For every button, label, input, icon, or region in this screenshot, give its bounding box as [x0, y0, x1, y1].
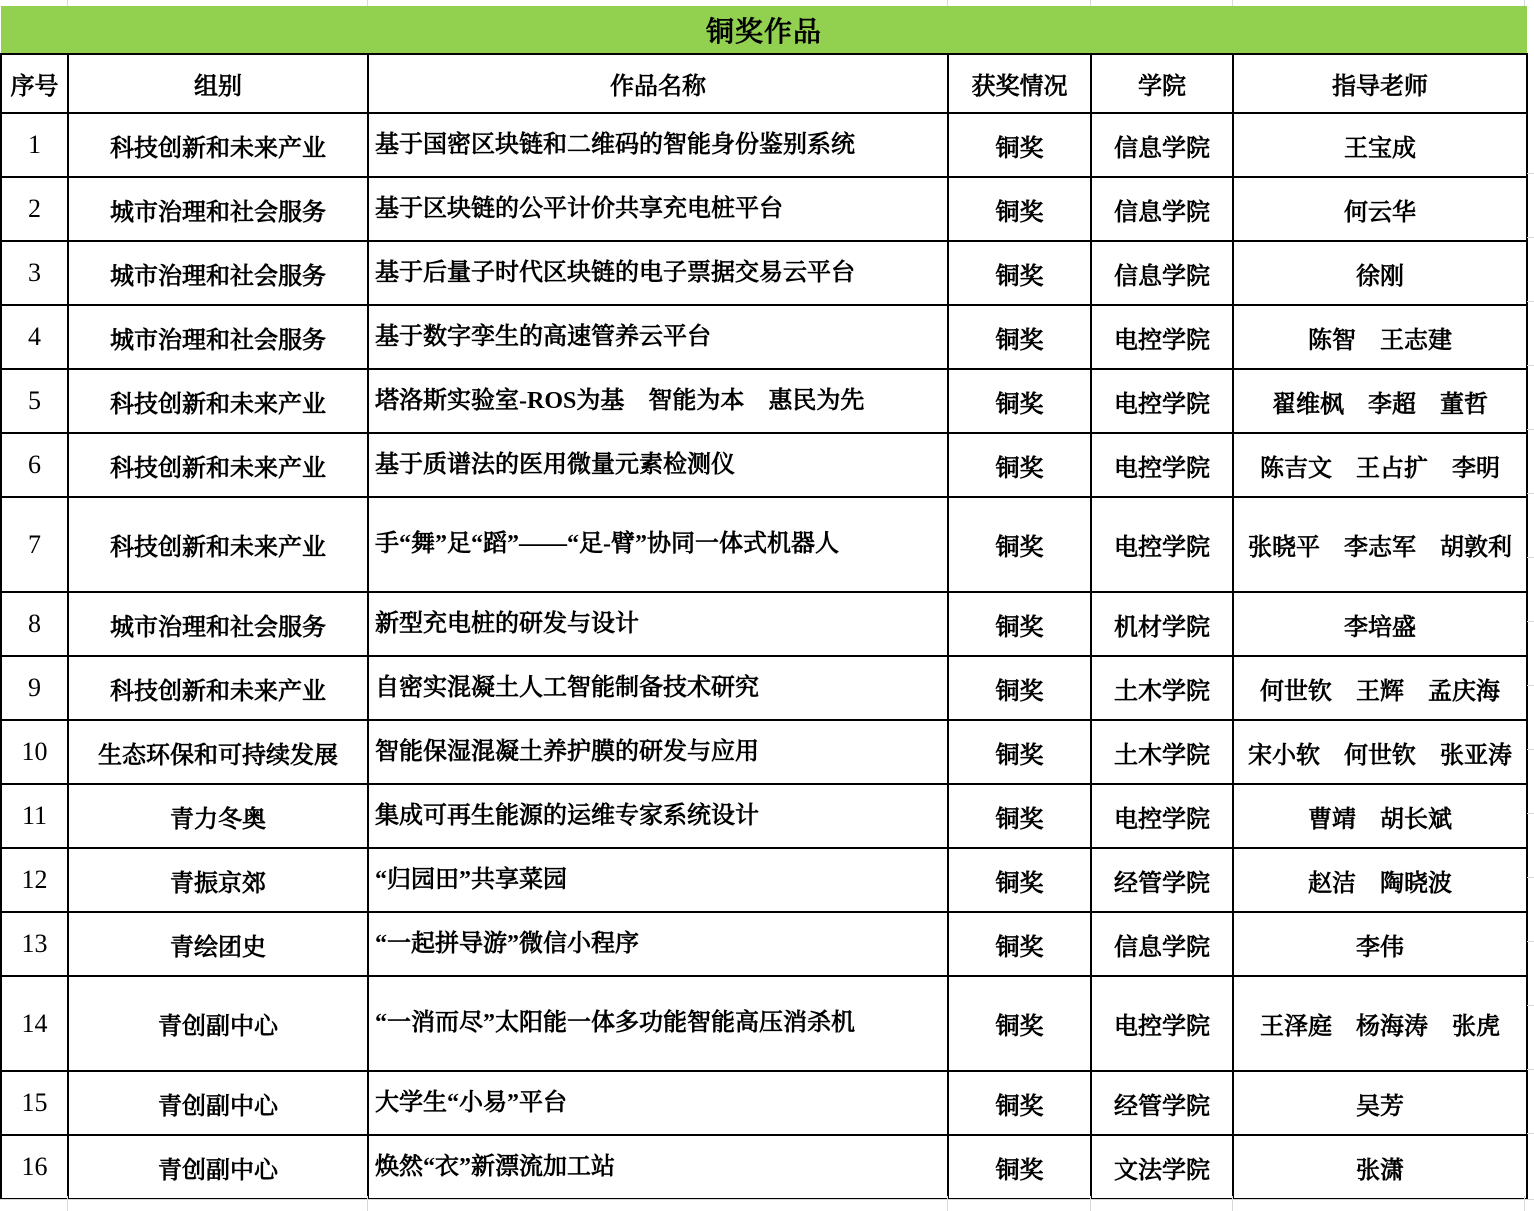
- col-header-college: 学院: [1091, 54, 1233, 113]
- cell-group: 科技创新和未来产业: [68, 656, 368, 720]
- gridline: [67, 0, 68, 6]
- cell-no: 10: [1, 720, 68, 784]
- cell-no: 8: [1, 592, 68, 656]
- cell-college: 信息学院: [1091, 177, 1233, 241]
- gridline: [0, 1199, 1534, 1200]
- table-row: 13 青绘团史 “一起拼导游”微信小程序 铜奖 信息学院 李伟: [1, 912, 1527, 976]
- gridline: [367, 0, 368, 6]
- gridline: [947, 1196, 948, 1211]
- cell-work: 基于数字孪生的高速管养云平台: [368, 305, 948, 369]
- cell-group: 科技创新和未来产业: [68, 113, 368, 177]
- cell-advisor: 曹靖 胡长斌: [1233, 784, 1527, 848]
- cell-no: 6: [1, 433, 68, 497]
- table-row: 9 科技创新和未来产业 自密实混凝土人工智能制备技术研究 铜奖 土木学院 何世钦…: [1, 656, 1527, 720]
- table-row: 4 城市治理和社会服务 基于数字孪生的高速管养云平台 铜奖 电控学院 陈智 王志…: [1, 305, 1527, 369]
- cell-college: 信息学院: [1091, 113, 1233, 177]
- cell-advisor: 张潇: [1233, 1135, 1527, 1199]
- cell-work: 基于质谱法的医用微量元素检测仪: [368, 433, 948, 497]
- table-row: 11 青力冬奥 集成可再生能源的运维专家系统设计 铜奖 电控学院 曹靖 胡长斌: [1, 784, 1527, 848]
- right-margin-strip: [1527, 110, 1534, 1196]
- cell-work: “归园田”共享菜园: [368, 848, 948, 912]
- cell-no: 15: [1, 1071, 68, 1135]
- cell-group: 科技创新和未来产业: [68, 497, 368, 592]
- cell-award: 铜奖: [948, 113, 1091, 177]
- cell-award: 铜奖: [948, 241, 1091, 305]
- cell-award: 铜奖: [948, 497, 1091, 592]
- cell-college: 电控学院: [1091, 497, 1233, 592]
- header-row: 序号 组别 作品名称 获奖情况 学院 指导老师: [1, 54, 1527, 113]
- cell-college: 信息学院: [1091, 241, 1233, 305]
- col-header-group: 组别: [68, 54, 368, 113]
- table-row: 6 科技创新和未来产业 基于质谱法的医用微量元素检测仪 铜奖 电控学院 陈吉文 …: [1, 433, 1527, 497]
- cell-advisor: 何云华: [1233, 177, 1527, 241]
- col-header-award: 获奖情况: [948, 54, 1091, 113]
- cell-award: 铜奖: [948, 912, 1091, 976]
- cell-award: 铜奖: [948, 369, 1091, 433]
- cell-college: 经管学院: [1091, 1071, 1233, 1135]
- cell-advisor: 赵洁 陶晓波: [1233, 848, 1527, 912]
- cell-no: 13: [1, 912, 68, 976]
- table-row: 15 青创副中心 大学生“小易”平台 铜奖 经管学院 吴芳: [1, 1071, 1527, 1135]
- cell-college: 电控学院: [1091, 305, 1233, 369]
- cell-no: 9: [1, 656, 68, 720]
- cell-group: 青创副中心: [68, 1135, 368, 1199]
- gridline: [1090, 0, 1091, 6]
- cell-college: 电控学院: [1091, 784, 1233, 848]
- gridline: [1524, 0, 1525, 6]
- cell-college: 信息学院: [1091, 912, 1233, 976]
- cell-advisor: 王泽庭 杨海涛 张虎: [1233, 976, 1527, 1071]
- cell-no: 4: [1, 305, 68, 369]
- cell-group: 城市治理和社会服务: [68, 305, 368, 369]
- title-row: 铜奖作品: [1, 6, 1527, 54]
- cell-advisor: 吴芳: [1233, 1071, 1527, 1135]
- table-title: 铜奖作品: [1, 6, 1527, 54]
- cell-award: 铜奖: [948, 1071, 1091, 1135]
- cell-advisor: 陈吉文 王占扩 李明: [1233, 433, 1527, 497]
- cell-group: 青绘团史: [68, 912, 368, 976]
- cell-group: 科技创新和未来产业: [68, 433, 368, 497]
- cell-work: 大学生“小易”平台: [368, 1071, 948, 1135]
- cell-work: 新型充电桩的研发与设计: [368, 592, 948, 656]
- cell-work: 基于后量子时代区块链的电子票据交易云平台: [368, 241, 948, 305]
- cell-work: 焕然“衣”新漂流加工站: [368, 1135, 948, 1199]
- table-row: 8 城市治理和社会服务 新型充电桩的研发与设计 铜奖 机材学院 李培盛: [1, 592, 1527, 656]
- gridline: [67, 1196, 68, 1211]
- cell-group: 青创副中心: [68, 1071, 368, 1135]
- cell-work: “一消而尽”太阳能一体多功能智能高压消杀机: [368, 976, 948, 1071]
- cell-award: 铜奖: [948, 592, 1091, 656]
- cell-college: 文法学院: [1091, 1135, 1233, 1199]
- gridline: [1232, 1196, 1233, 1211]
- cell-work: 集成可再生能源的运维专家系统设计: [368, 784, 948, 848]
- cell-college: 电控学院: [1091, 433, 1233, 497]
- cell-work: 基于区块链的公平计价共享充电桩平台: [368, 177, 948, 241]
- cell-work: 手“舞”足“蹈”——“足-臂”协同一体式机器人: [368, 497, 948, 592]
- cell-group: 科技创新和未来产业: [68, 369, 368, 433]
- cell-group: 生态环保和可持续发展: [68, 720, 368, 784]
- cell-no: 16: [1, 1135, 68, 1199]
- cell-group: 城市治理和社会服务: [68, 241, 368, 305]
- cell-advisor: 陈智 王志建: [1233, 305, 1527, 369]
- cell-award: 铜奖: [948, 305, 1091, 369]
- gridline: [367, 1196, 368, 1211]
- cell-award: 铜奖: [948, 177, 1091, 241]
- table-row: 3 城市治理和社会服务 基于后量子时代区块链的电子票据交易云平台 铜奖 信息学院…: [1, 241, 1527, 305]
- table-row: 14 青创副中心 “一消而尽”太阳能一体多功能智能高压消杀机 铜奖 电控学院 王…: [1, 976, 1527, 1071]
- table-body: 1 科技创新和未来产业 基于国密区块链和二维码的智能身份鉴别系统 铜奖 信息学院…: [1, 113, 1527, 1199]
- cell-advisor: 李培盛: [1233, 592, 1527, 656]
- table-row: 7 科技创新和未来产业 手“舞”足“蹈”——“足-臂”协同一体式机器人 铜奖 电…: [1, 497, 1527, 592]
- cell-college: 土木学院: [1091, 656, 1233, 720]
- cell-award: 铜奖: [948, 1135, 1091, 1199]
- cell-group: 城市治理和社会服务: [68, 177, 368, 241]
- cell-award: 铜奖: [948, 848, 1091, 912]
- cell-advisor: 何世钦 王辉 孟庆海: [1233, 656, 1527, 720]
- gridline: [1524, 1196, 1525, 1211]
- cell-work: 智能保湿混凝土养护膜的研发与应用: [368, 720, 948, 784]
- col-header-work: 作品名称: [368, 54, 948, 113]
- table-row: 12 青振京郊 “归园田”共享菜园 铜奖 经管学院 赵洁 陶晓波: [1, 848, 1527, 912]
- cell-no: 3: [1, 241, 68, 305]
- cell-group: 城市治理和社会服务: [68, 592, 368, 656]
- table-row: 5 科技创新和未来产业 塔洛斯实验室-ROS为基 智能为本 惠民为先 铜奖 电控…: [1, 369, 1527, 433]
- cell-group: 青力冬奥: [68, 784, 368, 848]
- cell-work: 塔洛斯实验室-ROS为基 智能为本 惠民为先: [368, 369, 948, 433]
- table-row: 16 青创副中心 焕然“衣”新漂流加工站 铜奖 文法学院 张潇: [1, 1135, 1527, 1199]
- cell-no: 7: [1, 497, 68, 592]
- awards-table: 铜奖作品 序号 组别 作品名称 获奖情况 学院 指导老师 1 科技创新和未来产业…: [0, 6, 1528, 1200]
- cell-work: 自密实混凝土人工智能制备技术研究: [368, 656, 948, 720]
- col-header-no: 序号: [1, 54, 68, 113]
- cell-advisor: 张晓平 李志军 胡敦利: [1233, 497, 1527, 592]
- cell-award: 铜奖: [948, 656, 1091, 720]
- cell-no: 2: [1, 177, 68, 241]
- cell-award: 铜奖: [948, 976, 1091, 1071]
- cell-college: 土木学院: [1091, 720, 1233, 784]
- gridline: [1232, 0, 1233, 6]
- cell-no: 12: [1, 848, 68, 912]
- cell-college: 电控学院: [1091, 369, 1233, 433]
- cell-no: 5: [1, 369, 68, 433]
- cell-award: 铜奖: [948, 784, 1091, 848]
- gridline: [1090, 1196, 1091, 1211]
- cell-work: “一起拼导游”微信小程序: [368, 912, 948, 976]
- table-row: 1 科技创新和未来产业 基于国密区块链和二维码的智能身份鉴别系统 铜奖 信息学院…: [1, 113, 1527, 177]
- cell-advisor: 李伟: [1233, 912, 1527, 976]
- cell-advisor: 徐刚: [1233, 241, 1527, 305]
- cell-no: 11: [1, 784, 68, 848]
- cell-award: 铜奖: [948, 433, 1091, 497]
- col-header-advisor: 指导老师: [1233, 54, 1527, 113]
- cell-group: 青振京郊: [68, 848, 368, 912]
- table-row: 2 城市治理和社会服务 基于区块链的公平计价共享充电桩平台 铜奖 信息学院 何云…: [1, 177, 1527, 241]
- gridline: [947, 0, 948, 6]
- cell-college: 经管学院: [1091, 848, 1233, 912]
- cell-no: 1: [1, 113, 68, 177]
- table-row: 10 生态环保和可持续发展 智能保湿混凝土养护膜的研发与应用 铜奖 土木学院 宋…: [1, 720, 1527, 784]
- cell-no: 14: [1, 976, 68, 1071]
- cell-advisor: 王宝成: [1233, 113, 1527, 177]
- cell-advisor: 翟维枫 李超 董哲: [1233, 369, 1527, 433]
- cell-college: 机材学院: [1091, 592, 1233, 656]
- cell-advisor: 宋小软 何世钦 张亚涛: [1233, 720, 1527, 784]
- cell-group: 青创副中心: [68, 976, 368, 1071]
- cell-award: 铜奖: [948, 720, 1091, 784]
- cell-work: 基于国密区块链和二维码的智能身份鉴别系统: [368, 113, 948, 177]
- cell-college: 电控学院: [1091, 976, 1233, 1071]
